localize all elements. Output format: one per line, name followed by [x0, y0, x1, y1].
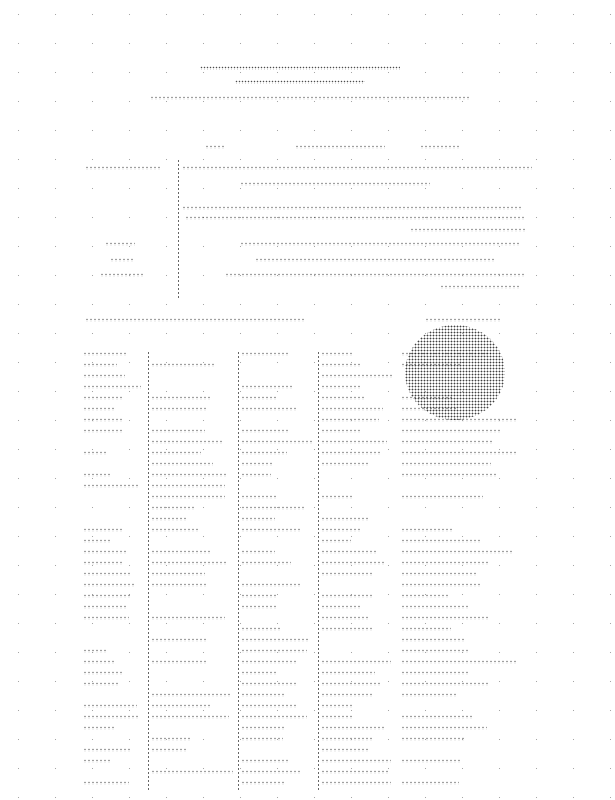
table-cell	[321, 759, 391, 763]
summary-header-cell	[205, 145, 225, 149]
summary-row-value	[410, 228, 525, 232]
table-cell	[321, 594, 373, 598]
summary-row-label	[100, 273, 145, 277]
table-cell	[83, 539, 110, 543]
table-cell	[241, 506, 304, 510]
summary-row-value	[240, 242, 520, 246]
table-cell	[241, 682, 297, 686]
table-cell	[83, 473, 112, 477]
table-cell	[83, 528, 123, 532]
table-cell	[83, 550, 126, 554]
table-cell	[83, 572, 130, 576]
table-column-divider	[318, 352, 319, 790]
table-cell	[241, 385, 294, 389]
table-cell	[401, 528, 454, 532]
table-cell	[83, 759, 111, 763]
table-cell	[321, 396, 365, 400]
table-cell	[401, 594, 450, 598]
table-cell	[241, 473, 271, 477]
table-cell	[241, 495, 276, 499]
table-cell	[151, 550, 210, 554]
table-cell	[321, 440, 387, 444]
table-cell	[241, 561, 291, 565]
table-cell	[321, 726, 385, 730]
table-cell	[241, 462, 274, 466]
table-cell	[83, 429, 123, 433]
table-cell	[151, 660, 208, 664]
table-cell	[151, 396, 211, 400]
summary-row-value	[255, 258, 495, 262]
table-cell	[151, 528, 200, 532]
table-cell	[151, 748, 188, 752]
table-cell	[151, 407, 207, 411]
table-cell	[151, 473, 228, 477]
table-cell	[401, 737, 464, 741]
table-cell	[241, 352, 289, 356]
summary-row-label	[105, 242, 135, 246]
table-cell	[401, 363, 460, 367]
table-cell	[83, 396, 123, 400]
table-cell	[401, 627, 451, 631]
table-cell	[241, 429, 289, 433]
table-cell	[151, 572, 205, 576]
table-cell	[151, 616, 225, 620]
table-cell	[321, 418, 379, 422]
table-cell	[401, 429, 502, 433]
table-cell	[241, 715, 307, 719]
summary-row-value	[185, 216, 525, 220]
table-cell	[401, 418, 517, 422]
summary-header-cell	[420, 145, 460, 149]
table-cell	[321, 616, 368, 620]
table-cell	[241, 726, 285, 730]
table-cell	[151, 638, 206, 642]
table-cell	[321, 352, 353, 356]
table-cell	[401, 396, 454, 400]
table-cell	[321, 627, 372, 631]
table-cell	[151, 440, 222, 444]
table-cell	[321, 693, 374, 697]
table-cell	[83, 418, 123, 422]
table-cell	[401, 495, 483, 499]
table-cell	[401, 583, 482, 587]
table-cell	[321, 671, 375, 675]
table-cell	[241, 528, 301, 532]
table-cell	[83, 484, 138, 488]
table-cell	[151, 770, 233, 774]
table-cell	[83, 781, 129, 785]
table-cell	[321, 748, 370, 752]
summary-row-value	[440, 285, 520, 289]
table-cell	[321, 462, 370, 466]
table-cell	[241, 649, 307, 653]
table-cell	[151, 506, 195, 510]
table-cell	[83, 583, 135, 587]
table-cell	[83, 748, 131, 752]
table-cell	[401, 352, 491, 356]
summary-header-cell	[295, 145, 385, 149]
summary-row-label	[110, 258, 135, 262]
table-cell	[401, 550, 513, 554]
table-cell	[321, 737, 372, 741]
table-cell	[401, 539, 480, 543]
table-cell	[151, 517, 188, 521]
table-cell	[241, 638, 309, 642]
circular-stamp	[405, 325, 505, 420]
table-cell	[401, 649, 469, 653]
table-cell	[401, 451, 517, 455]
table-cell	[321, 495, 352, 499]
table-cell	[241, 704, 296, 708]
table-cell	[401, 726, 487, 730]
summary-row-label	[85, 166, 160, 170]
table-cell	[321, 660, 391, 664]
table-cell	[151, 704, 210, 708]
table-cell	[321, 363, 360, 367]
table-cell	[321, 704, 354, 708]
table-cell	[83, 407, 116, 411]
table-cell	[401, 440, 494, 444]
table-cell	[401, 561, 488, 565]
caption-line	[85, 318, 305, 322]
table-column-divider	[238, 352, 239, 790]
table-cell	[151, 693, 231, 697]
table-cell	[83, 561, 124, 565]
table-cell	[241, 759, 288, 763]
table-cell	[151, 429, 205, 433]
table-cell	[83, 363, 117, 367]
table-cell	[401, 572, 477, 576]
table-cell	[321, 605, 360, 609]
table-cell	[401, 693, 457, 697]
table-cell	[401, 781, 459, 785]
table-cell	[401, 605, 470, 609]
table-cell	[151, 715, 229, 719]
table-cell	[83, 704, 137, 708]
table-cell	[401, 682, 490, 686]
summary-row-value	[240, 182, 430, 186]
table-cell	[83, 660, 115, 664]
table-cell	[321, 429, 361, 433]
table-cell	[321, 407, 383, 411]
table-cell	[401, 715, 473, 719]
table-cell	[83, 594, 131, 598]
table-cell	[83, 616, 129, 620]
title-line-3	[150, 96, 470, 100]
table-cell	[321, 451, 382, 455]
table-cell	[401, 473, 498, 477]
table-cell	[83, 451, 108, 455]
table-cell	[83, 649, 108, 653]
summary-row-value	[182, 206, 522, 210]
table-cell	[151, 561, 227, 565]
table-cell	[401, 671, 468, 675]
table-cell	[401, 462, 491, 466]
table-cell	[241, 737, 283, 741]
table-cell	[401, 407, 458, 411]
table-cell	[321, 539, 351, 543]
table-cell	[241, 583, 301, 587]
table-cell	[321, 517, 368, 521]
table-cell	[151, 451, 201, 455]
summary-divider	[178, 160, 179, 300]
table-cell	[151, 484, 225, 488]
table-cell	[401, 616, 489, 620]
scan-noise	[0, 0, 615, 800]
table-cell	[241, 660, 297, 664]
table-cell	[83, 715, 140, 719]
table-cell	[151, 583, 206, 587]
table-cell	[321, 572, 374, 576]
summary-row-value	[182, 166, 532, 170]
title-line-2	[235, 80, 365, 84]
table-cell	[321, 682, 380, 686]
table-cell	[151, 462, 213, 466]
table-cell	[401, 759, 461, 763]
table-cell	[241, 550, 275, 554]
table-cell	[83, 352, 127, 356]
scanned-page: [illegible] [illegible]	[0, 0, 615, 800]
table-cell	[83, 726, 116, 730]
table-cell	[321, 374, 392, 378]
table-cell	[241, 671, 276, 675]
table-cell	[241, 396, 276, 400]
table-cell	[241, 627, 281, 631]
table-cell	[241, 781, 286, 785]
table-cell	[321, 528, 361, 532]
table-cell	[83, 374, 125, 378]
table-cell	[321, 385, 362, 389]
table-cell	[151, 363, 216, 367]
table-column-divider	[148, 352, 149, 790]
table-cell	[321, 550, 378, 554]
table-cell	[241, 605, 278, 609]
table-cell	[321, 561, 384, 565]
table-cell	[83, 385, 141, 389]
table-cell	[151, 495, 225, 499]
table-cell	[321, 715, 354, 719]
table-cell	[401, 660, 516, 664]
table-cell	[321, 781, 391, 785]
title-line-1	[200, 66, 400, 70]
table-cell	[83, 605, 126, 609]
summary-row-value	[225, 273, 525, 277]
table-cell	[83, 671, 122, 675]
caption-line	[425, 318, 500, 322]
table-cell	[321, 770, 389, 774]
table-cell	[241, 440, 312, 444]
table-cell	[83, 682, 119, 686]
table-cell	[151, 737, 192, 741]
table-cell	[241, 517, 275, 521]
table-cell	[241, 451, 287, 455]
table-cell	[241, 594, 277, 598]
table-cell	[241, 770, 302, 774]
table-cell	[241, 693, 284, 697]
table-cell	[241, 407, 296, 411]
table-cell	[401, 638, 465, 642]
